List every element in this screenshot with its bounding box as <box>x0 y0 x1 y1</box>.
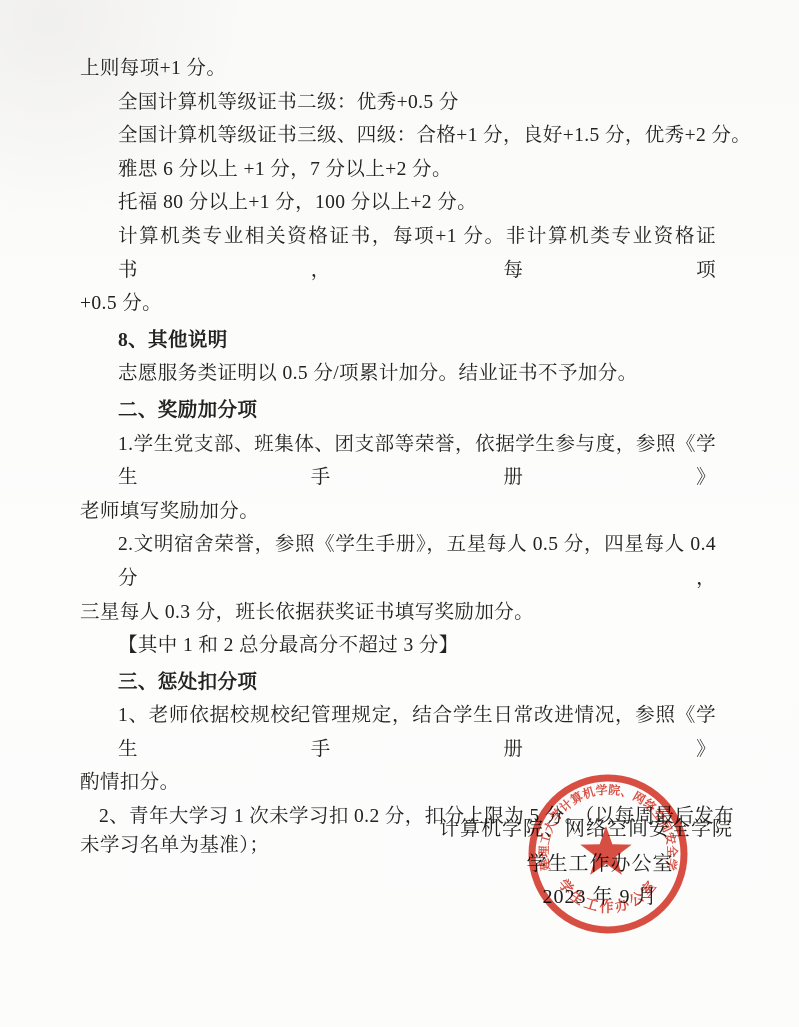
text-line: 8、其他说明 <box>80 324 716 358</box>
text-line: 全国计算机等级证书三级、四级：合格+1 分，良好+1.5 分，优秀+2 分。 <box>80 119 716 153</box>
text-line: 1.学生党支部、班集体、团支部等荣誉，依据学生参与度，参照《学生手册》 <box>80 428 716 495</box>
text-line: 计算机类专业相关资格证书，每项+1 分。非计算机类专业资格证书，每项 <box>80 220 716 287</box>
text-line: 【其中 1 和 2 总分最高分不超过 3 分】 <box>80 629 716 663</box>
text-line: 志愿服务类证明以 0.5 分/项累计加分。结业证书不予加分。 <box>80 357 716 391</box>
text-line: 1、老师依据校规校纪管理规定，结合学生日常改进情况，参照《学生手册》 <box>80 699 716 766</box>
text-line: 二、奖励加分项 <box>80 394 716 428</box>
text-line: 全国计算机等级证书二级：优秀+0.5 分 <box>80 86 716 120</box>
text-line: 老师填写奖励加分。 <box>80 495 716 529</box>
text-line: 雅思 6 分以上 +1 分，7 分以上+2 分。 <box>80 153 716 187</box>
document-body: 上则每项+1 分。全国计算机等级证书二级：优秀+0.5 分全国计算机等级证书三级… <box>80 52 716 862</box>
seal-bottom-text: 学生工作办公室 <box>555 876 662 916</box>
text-line: 上则每项+1 分。 <box>80 52 716 86</box>
text-line: 三星每人 0.3 分，班长依据获奖证书填写奖励加分。 <box>80 596 716 630</box>
text-line: 2.文明宿舍荣誉，参照《学生手册》，五星每人 0.5 分，四星每人 0.4 分， <box>80 528 716 595</box>
text-line: 托福 80 分以上+1 分，100 分以上+2 分。 <box>80 186 716 220</box>
text-line: +0.5 分。 <box>80 287 716 321</box>
scanned-document-page: 上则每项+1 分。全国计算机等级证书二级：优秀+0.5 分全国计算机等级证书三级… <box>0 0 799 1027</box>
seal-star-icon <box>580 826 631 875</box>
official-seal: 福建理工大学计算机学院、网络空间安全学院 学生工作办公室 <box>518 764 698 944</box>
text-line: 三、惩处扣分项 <box>80 666 716 700</box>
